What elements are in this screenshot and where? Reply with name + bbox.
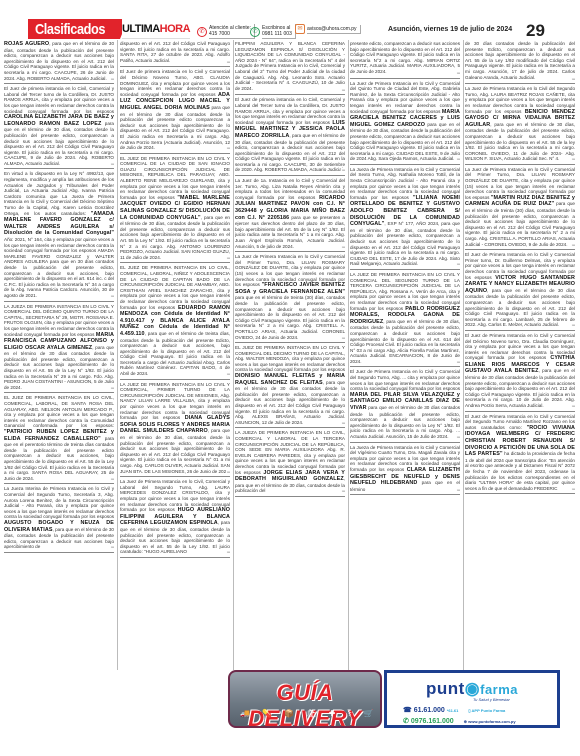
legal-notice: presente edicto, comparezcan a deducir s… [350,40,460,79]
notice-text: FILIPPINI AGUILERA Y BLANCA CEFERINA LEG… [235,41,345,91]
legal-notice: LA JUEZ DE PRIMERA INSTANCIA EN LO CIVIL… [350,271,460,368]
column-2: dispuesto en el Art. 212 del Código Civi… [120,40,230,756]
pill-icon: 💊 [262,709,272,718]
notice-parties: CAROLINA ELIZABETH JARA DE BAEZ y LEONAR… [4,114,114,127]
notice-text: EL JUEZ DE PRIMERA INSTANCIA EN LO CIVIL… [4,395,114,428]
legal-notice: ROJAS AGUERO, para que en el término de … [4,40,114,84]
column-divider [463,40,464,670]
notice-code: ▪▪▪ [456,262,460,268]
delivery-icons: 🚚 💊 📦 🛍 ✚ ⚕ 🛒 [234,709,380,718]
notice-code: ▪▪▪ [226,146,230,152]
notice-text: La Jueza Interina de Primera Instancia e… [4,486,114,519]
legal-notice: LA JUEZA DE PRIMERA INSTANCIA EN LO CIVI… [235,429,345,497]
whatsapp-icon: ✆ [250,27,260,37]
notice-text: , para que en el término de 30 días, con… [120,215,230,260]
legal-notice: El Juez de primera instancia en lo Civil… [235,96,345,176]
bag-icon: 🛍 [306,709,316,718]
globe-icon: ⊕ [464,719,467,724]
newspaper-logo: ULTIMAHORA [122,19,190,39]
notice-code: ▪▪▪ [226,470,230,476]
legal-notice: En virtud a lo dispuesto en la Ley N° 49… [4,170,114,301]
column-divider [117,40,118,670]
notice-code: ▪▪▪ [341,245,345,251]
envelope-icon: ✉ [295,24,305,34]
notice-code: ▪▪▪ [341,88,345,94]
notice-code: ▪▪▪ [571,243,575,249]
notice-text: de 30 días contados desde la publicación… [465,41,575,80]
notice-parties: ROJAS AGUERO [4,41,49,47]
column-4: presente edicto, comparezcan a deducir s… [350,40,460,668]
punto-farma-ad[interactable]: punt◉farma Tu Salud y Bienestar ☎ 61.61.… [384,670,560,728]
notice-text: para que en el término de treinta (30) d… [465,201,575,246]
notice-code: ▪▪▪ [571,404,575,410]
notice-code: ▪▪▪ [110,77,114,83]
notice-code: ▪▪▪ [456,488,460,494]
notice-text: , para que en el término de 30 días, con… [4,41,114,81]
page-header: Clasificados ULTIMAHORA ✆ Atención al cl… [0,0,580,40]
notice-text: El Juez de Primera Instancia en lo Civil… [350,369,460,391]
notice-code: ▪▪▪ [571,323,575,329]
legal-notice: La Juez de Primera Instancia en lo Civil… [465,85,575,165]
notice-code: ▪▪▪ [456,157,460,163]
notice-text: , para que en el término de 30 días, con… [235,133,345,173]
notice-text: , para que en el término de 30 días cont… [235,380,345,425]
legal-notice: El Juez de primera instancia en lo Civil… [4,85,114,169]
notice-text: , para que en el término de 30 días cont… [465,368,575,408]
legal-notice: EL JUEZ DE PRIMERA INSTANCIA EN LO CIVIL… [120,264,230,379]
notice-text: para que en el término de 30 días contad… [120,105,230,150]
package-icon: 📦 [284,709,294,718]
notice-code: ▪▪▪ [226,372,230,378]
notice-code: ▪▪▪ [226,550,230,556]
notice-text: , para que en el término de treinta días… [120,331,230,376]
notice-text: LA JUEZA DE PRIMERA INSTANCIA EN LO CIVI… [235,430,345,474]
whatsapp-contact: ✆ Escribinos al0981 111 003 [250,24,296,39]
punto-farma-logo: punt◉farma [387,679,557,699]
legal-notice: dispuesto en el Art. 212 del Código Civi… [120,40,230,67]
notice-text: Año: 2021, N° 164, cita y emplaza por qu… [4,237,114,298]
legal-notice: El Juez de Primera Instancia en lo Civil… [465,413,575,495]
legal-notice: El Juez de Primera Instancia en lo Civil… [465,332,575,412]
legal-notice: La Juez de Primera Instancia en lo Civil… [350,80,460,165]
legal-notice: EL JUEZ DE PRIMERA INSTANCIA EN LO CIVIL… [235,344,345,428]
column-5: de 30 días contados desde la publicación… [465,40,575,668]
farma-row-1: ☎ 61.61.000 *61.61 ▯ APP Punto Farma [403,706,505,714]
notice-text: dispuesto en el Art. 212 del Código Civi… [120,41,230,63]
mobile-icon: ▯ [468,708,470,713]
notice-code: ▪▪▪ [341,421,345,427]
column-divider [348,40,349,670]
page-number: 29 [526,21,545,41]
legal-notice: FILIPPINI AGUILERA Y BLANCA CEFERINA LEG… [235,40,345,95]
classifieds-columns: ROJAS AGUERO, para que en el término de … [4,40,576,756]
email-contact: ✉ avisos@uhora.com.py [295,24,361,34]
notice-code: ▪▪▪ [571,487,575,493]
column-divider [233,40,234,670]
section-title: Clasificados [35,21,105,38]
column-3: FILIPPINI AGUILERA Y BLANCA CEFERINA LEG… [235,40,345,668]
notice-text: , para que en el término de 30 días, con… [120,428,230,473]
notice-text: , para que en el término de 30 días, con… [350,319,460,364]
notice-code: ▪▪▪ [571,77,575,83]
notice-code: ▪▪▪ [226,60,230,66]
column-1: ROJAS AGUERO, para que en el término de … [4,40,114,756]
notice-text: , para que en el término de 30 días cont… [4,345,114,390]
legal-notice: de 30 días contados desde la publicación… [465,40,575,84]
stethoscope-icon: ⚕ [347,709,351,718]
legal-notice: La Juez de Primera Instancia en lo Civil… [465,166,575,250]
notice-text: En virtud a lo dispuesto en la Ley N° 49… [4,171,114,215]
notice-text: para que en el término de 30 días, conta… [350,122,460,162]
notice-text: presente edicto, comparezcan a deducir s… [350,41,460,74]
notice-code: ▪▪▪ [456,435,460,441]
notice-text: EL JUEZ DE PRIMERA INSTANCIA EN LO CIVIL… [235,345,345,372]
notice-text: , para que en el término de 30 días cont… [465,288,575,328]
legal-notice: El Juez de Primera Instancia en lo Civil… [350,368,460,442]
legal-notice: La Juez de 1a. Instancia en lo Civil y C… [235,177,345,252]
issue-date: Asunción, viernes 19 de julio de 2024 [388,26,512,33]
customer-service-contact: ✆ Atención al cliente:415 7000 [197,24,255,39]
legal-notice: La Juez de Primera Instancia en lo Civil… [120,478,230,558]
whatsapp-icon: ✆ [403,718,409,725]
notice-code: ▪▪▪ [110,294,114,300]
legal-notice: LA JUEZA DE PRIMERA INSTANCIA EN LO CIVI… [4,303,114,394]
legal-notice: La Jueza Interina de Primera Instancia e… [4,485,114,553]
notice-text: para que en el perentorio término de tre… [4,436,114,481]
truck-icon: 🚚 [240,709,250,718]
legal-notice: La Jueza de Primera Instancia en lo Civi… [350,444,460,496]
notice-code: ▪▪▪ [226,256,230,262]
notice-code: ▪▪▪ [341,168,345,174]
notice-text: El Juez de primera instancia en lo Civil… [235,97,345,124]
notice-text: El Juez de primera instancia en lo Civil… [120,69,230,96]
legal-notice: La Jueza de Primera Instancia en lo Civi… [350,166,460,270]
phone-icon: ✆ [197,27,207,37]
notice-text: para que en el término de 30 días, conta… [4,121,114,166]
cart-icon: 🛒 [364,709,374,718]
section-banner: Clasificados [28,19,128,39]
legal-notice: El Juez de Primera Instancia en lo Civil… [465,251,575,331]
notice-parties: "PATRICIO RUBEN LOPEZ BENITEZ y ELIDA FE… [4,429,114,442]
notice-code: ▪▪▪ [341,489,345,495]
notice-code: ▪▪▪ [110,545,114,551]
legal-notice: EL JUEZ DE PRIMERA INSTANCIA EN LO CIVIL… [120,155,230,264]
notice-text: , para que en el término de 30 días, con… [465,122,575,162]
notice-text: para que en el término de treinta (30) d… [235,295,345,339]
notice-text: , EXP N° 177, AÑO 2024, para que en el t… [350,221,460,266]
legal-notice: El Juez de primera instancia en lo Civil… [120,68,230,153]
legal-notice: La Juez de Primera Instancia en lo Civil… [235,253,345,343]
notice-text: El Juez de primera instancia en lo Civil… [4,86,114,113]
phone-icon: ☎ [403,707,412,714]
guia-delivery-ad[interactable]: GUÍA DELIVERY 🚚 💊 📦 🛍 ✚ ⚕ 🛒 [228,670,382,728]
notice-text: EL JUEZ DE PRIMERA INSTANCIA EN LO CIVIL… [120,156,230,200]
notice-code: ▪▪▪ [110,477,114,483]
notice-code: ▪▪▪ [110,162,114,168]
ad-title: GUÍA DELIVERY [230,680,380,728]
notice-code: ▪▪▪ [110,386,114,392]
notice-code: ▪▪▪ [456,360,460,366]
legal-notice: EL JUEZ DE PRIMERA INSTANCIA EN LO CIVIL… [4,394,114,484]
medical-icon: ✚ [329,709,336,718]
notice-code: ▪▪▪ [456,71,460,77]
legal-notice: LA JUEZ DE PRIMERA INSTANCIA EN LO CIVIL… [120,381,230,478]
farma-row-2: ✆ 0976.161.000 ⊕ www.puntofarma.com.py [403,717,516,725]
notice-code: ▪▪▪ [341,336,345,342]
notice-code: ▪▪▪ [571,157,575,163]
notice-text: EL JUEZ DE PRIMERA INSTANCIA EN LO CIVIL… [120,265,230,309]
notice-text: ha dictado la providencia de fecha 1 de … [465,451,575,491]
